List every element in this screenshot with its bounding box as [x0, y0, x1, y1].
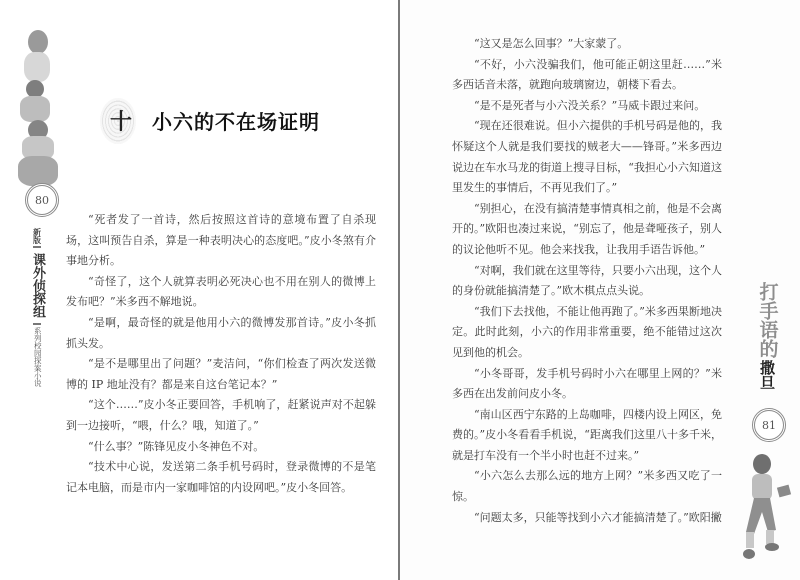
bracket-top	[33, 246, 41, 248]
paragraph: “死者发了一首诗，然后按照这首诗的意境布置了自杀现场，这叫预告自杀，算是一种表明…	[66, 210, 376, 272]
page-number-text: 80	[35, 194, 49, 207]
page-number-text: 81	[762, 419, 776, 432]
cartoon-characters-illustration	[14, 24, 64, 184]
paragraph: “是啊，最奇怪的就是他用小六的微博发那首诗。”皮小冬抓抓头发。	[66, 313, 376, 354]
series-vertical-label: 新版 课外侦探组 系列校园探案小说	[29, 228, 45, 387]
book-title-vertical: 打手语的 撒旦	[752, 282, 782, 390]
left-body-text: “死者发了一首诗，然后按照这首诗的意境布置了自杀现场，这叫预告自杀，算是一种表明…	[66, 210, 376, 498]
page-number-right: 81	[752, 408, 786, 442]
chapter-title: 小六的不在场证明	[152, 106, 320, 135]
character-girl-head	[28, 30, 48, 54]
chapter-heading: 十 小六的不在场证明	[100, 98, 320, 142]
paragraph: “这又是怎么回事？”大家蒙了。	[452, 34, 722, 55]
series-label-top: 新版	[33, 228, 42, 244]
left-page: 80 新版 课外侦探组 系列校园探案小说 十 小六的不在场证明 “死者发了一首诗…	[0, 0, 398, 580]
paragraph: “小冬哥哥，发手机号码时小六在哪里上网的？”米多西在出发前问皮小冬。	[452, 364, 722, 405]
paragraph: “不好，小六没骗我们，他可能正朝这里赶……”米多西话音未落，就跑向玻璃窗边，朝楼…	[452, 55, 722, 96]
character-girl-body	[24, 52, 50, 82]
character-pair	[18, 156, 58, 186]
paragraph: “我们下去找他，不能让他再跑了。”米多西果断地决定。此时此刻，小六的作用非常重要…	[452, 302, 722, 364]
paragraph: “南山区西宁东路的上岛咖啡，四楼内设上网区，免费的。”皮小冬看看手机说，“距离我…	[452, 405, 722, 467]
paragraph: “问题太多，只能等找到小六才能搞清楚了。”欧阳撇	[452, 508, 722, 529]
bracket-bottom	[33, 323, 41, 325]
paragraph: “什么事？”陈锋见皮小冬神色不对。	[66, 437, 376, 458]
series-subtitle: 系列校园探案小说	[33, 327, 42, 387]
paragraph: “是不是哪里出了问题？”麦洁问，“你们检查了两次发送微博的 IP 地址没有？都是…	[66, 354, 376, 395]
book-title-dark: 撒旦	[759, 360, 775, 390]
paragraph: “对啊，我们就在这里等待，只要小六出现，这个人的身份就能搞清楚了。”欧木棋点点头…	[452, 261, 722, 302]
character-boy-body	[20, 96, 50, 122]
paragraph: “是不是死者与小六没关系？”马威卡跟过来问。	[452, 96, 722, 117]
paragraph: “小六怎么去那么远的地方上网？”米多西又吃了一惊。	[452, 466, 722, 507]
series-title: 课外侦探组	[30, 253, 44, 318]
paragraph: “奇怪了，这个人就算表明必死决心也不用在别人的微博上发布吧？”米多西不解地说。	[66, 272, 376, 313]
boy-with-book-illustration	[740, 450, 794, 565]
paragraph: “现在还很难说。但小六提供的手机号码是他的，我怀疑这个人就是我们要找的贼老大——…	[452, 116, 722, 198]
paragraph: “技术中心说，发送第二条手机号码时，登录微博的不是笔记本电脑，而是市内一家咖啡馆…	[66, 457, 376, 498]
right-body-text: “这又是怎么回事？”大家蒙了。 “不好，小六没骗我们，他可能正朝这里赶……”米多…	[452, 34, 722, 528]
paragraph: “这个……”皮小冬正要回答，手机响了，赶紧说声对不起躲到一边接听，“喂，什么？哦…	[66, 395, 376, 436]
page-number-left: 80	[25, 183, 59, 217]
book-title-gray: 打手语的	[758, 282, 777, 358]
paragraph: “别担心，在没有搞清楚事情真相之前，他是不会离开的。”欧阳也凑过来说，“别忘了，…	[452, 199, 722, 261]
chapter-number: 十	[110, 105, 132, 136]
